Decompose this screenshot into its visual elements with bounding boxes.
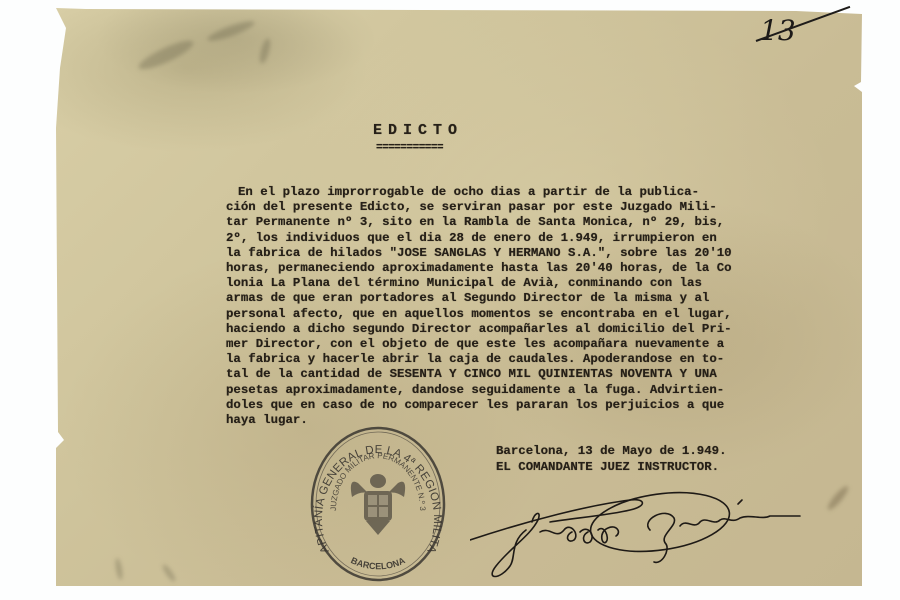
body-line: ción del presente Edicto, se serviran pa… [226,200,868,215]
document-body: En el plazo improrrogable de ocho dias a… [238,185,868,428]
body-line: armas de que eran portadores al Segundo … [226,291,868,306]
handwritten-signature: Gregorio García [470,470,810,585]
body-line: horas, permaneciendo aproximadamente has… [226,261,868,276]
stain [258,37,272,64]
official-stamp: CAPITANÍA GENERAL DE LA 4ª REGION MILITA… [308,425,448,583]
stamp-bottom-text: BARCELONA [349,555,407,571]
document-title: EDICTO [373,122,463,139]
body-line: haciendo a dicho segundo Director acompa… [226,322,868,337]
body-line: pesetas aproximadamente, dandose seguida… [226,383,868,398]
body-line: la fabrica de hilados "JOSE SANGLAS Y HE… [226,246,868,261]
document-viewer: 13 EDICTO =========== En el plazo impror… [0,0,900,600]
body-line: En el plazo improrrogable de ocho dias a… [238,185,868,200]
body-line: tar Permanente nº 3, sito en la Rambla d… [226,215,868,230]
body-line: personal afecto, que en aquellos momento… [226,307,868,322]
eagle-emblem-icon [351,474,405,535]
stain [825,484,850,512]
body-line: doles que en caso de no comparecer les p… [226,398,868,413]
page-number: 13 [760,14,796,47]
stain [161,563,177,583]
stain [206,18,256,44]
body-line: lonia La Plana del término Municipal de … [226,276,868,291]
stain [114,558,124,581]
body-line: tal de la cantidad de SESENTA Y CINCO MI… [226,367,868,382]
svg-text:BARCELONA: BARCELONA [349,555,407,571]
place-date: Barcelona, 13 de Mayo de 1.949. [496,444,727,460]
stain [136,36,196,74]
body-line: la fabrica y hacerle abrir la caja de ca… [226,352,868,367]
body-line: 2º, los individuos que el dia 28 de ener… [226,231,868,246]
body-line: mer Director, con el objeto de que este … [226,337,868,352]
title-underline: =========== [376,143,443,153]
